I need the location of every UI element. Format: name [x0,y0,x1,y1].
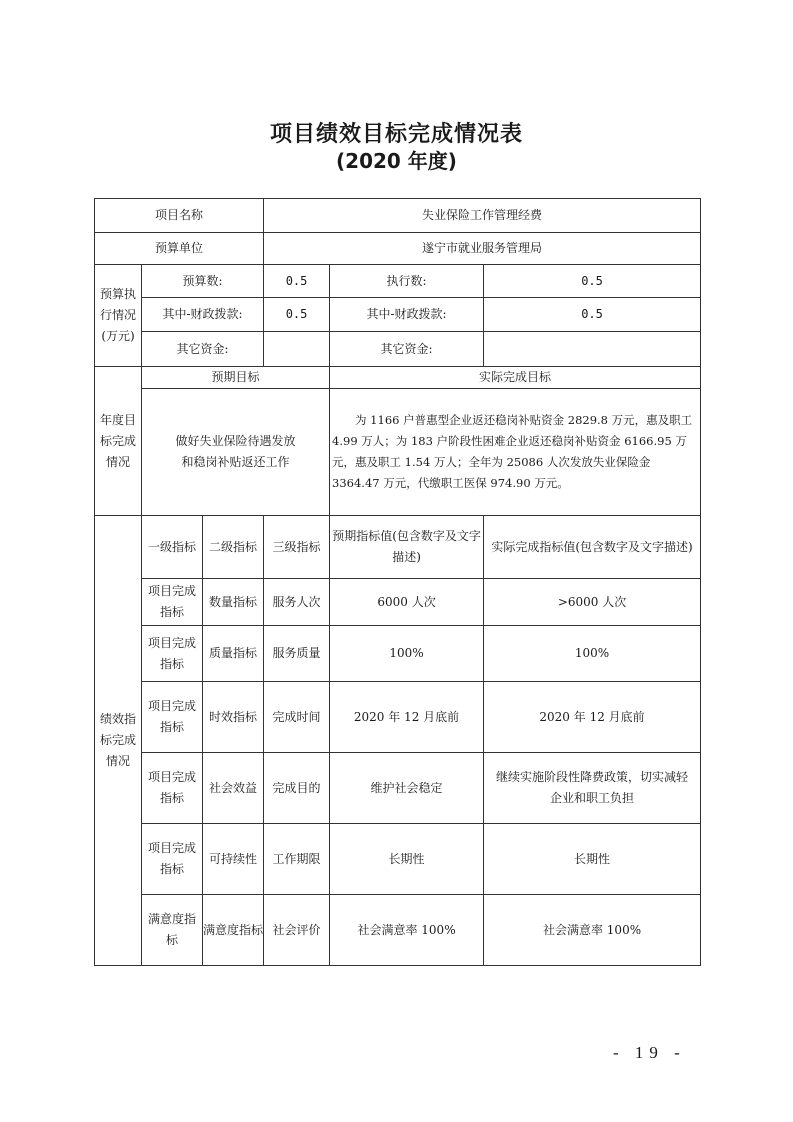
indicator-expected: 长期性 [330,824,484,895]
indicator-level2: 社会效益 [203,753,264,824]
page-title: 项目绩效目标完成情况表 [0,117,793,148]
project-name-row: 项目名称 失业保险工作管理经费 [95,199,701,233]
expected-goal-text: 做好失业保险待遇发放和稳岗补贴返还工作 [142,389,330,516]
header-level2: 二级指标 [203,516,264,579]
indicator-row: 项目完成指标 数量指标 服务人次 6000 人次 >6000 人次 [95,579,701,626]
budget-row: 其它资金: 其它资金: [95,332,701,367]
annual-goal-header-row: 年度目标完成情况 预期目标 实际完成目标 [95,367,701,389]
indicator-level3: 服务质量 [264,626,330,682]
budget-unit-value: 遂宁市就业服务管理局 [264,233,701,265]
indicator-row: 满意度指标 满意度指标 社会评价 社会满意率 100% 社会满意率 100% [95,895,701,966]
indicator-actual: 社会满意率 100% [484,895,701,966]
budget-row: 预算执行情况(万元) 预算数: 0.5 执行数: 0.5 [95,265,701,298]
project-name-label: 项目名称 [95,199,264,233]
indicator-level2: 质量指标 [203,626,264,682]
indicator-level1: 项目完成指标 [142,626,203,682]
indicator-row: 项目完成指标 质量指标 服务质量 100% 100% [95,626,701,682]
budget-value-a: 0.5 [264,265,330,298]
budget-value-b: 0.5 [484,298,701,332]
performance-section-label: 绩效指标完成情况 [95,516,142,966]
indicator-expected: 2020 年 12 月底前 [330,682,484,753]
actual-goal-text: 为 1166 户普惠型企业返还稳岗补贴资金 2829.8 万元，惠及职工 4.9… [330,389,701,516]
header-actual: 实际完成指标值(包含数字及文字描述) [484,516,701,579]
expected-goal-header: 预期目标 [142,367,330,389]
indicator-expected: 维护社会稳定 [330,753,484,824]
indicator-level3: 社会评价 [264,895,330,966]
budget-value-b: 0.5 [484,265,701,298]
indicator-level1: 项目完成指标 [142,682,203,753]
budget-row: 其中-财政拨款: 0.5 其中-财政拨款: 0.5 [95,298,701,332]
header-level1: 一级指标 [142,516,203,579]
budget-value-a: 0.5 [264,298,330,332]
budget-label-a: 其中-财政拨款: [142,298,264,332]
indicator-level1: 项目完成指标 [142,824,203,895]
actual-goal-header: 实际完成目标 [330,367,701,389]
performance-table: 项目名称 失业保险工作管理经费 预算单位 遂宁市就业服务管理局 预算执行情况(万… [94,198,701,966]
indicator-expected: 社会满意率 100% [330,895,484,966]
indicator-actual: >6000 人次 [484,579,701,626]
header-expected: 预期指标值(包含数字及文字描述) [330,516,484,579]
indicator-row: 项目完成指标 时效指标 完成时间 2020 年 12 月底前 2020 年 12… [95,682,701,753]
indicator-level3: 完成时间 [264,682,330,753]
indicator-actual: 继续实施阶段性降费政策，切实减轻企业和职工负担 [484,753,701,824]
annual-goal-section-label: 年度目标完成情况 [95,367,142,516]
header-level3: 三级指标 [264,516,330,579]
indicator-level1: 满意度指标 [142,895,203,966]
indicator-level3: 工作期限 [264,824,330,895]
budget-value-a [264,332,330,367]
budget-label-b: 其中-财政拨款: [330,298,484,332]
indicator-actual: 100% [484,626,701,682]
indicator-level3: 服务人次 [264,579,330,626]
indicator-actual: 长期性 [484,824,701,895]
budget-label-a: 其它资金: [142,332,264,367]
indicator-row: 项目完成指标 社会效益 完成目的 维护社会稳定 继续实施阶段性降费政策，切实减轻… [95,753,701,824]
budget-label-a: 预算数: [142,265,264,298]
project-name-value: 失业保险工作管理经费 [264,199,701,233]
annual-goal-row: 做好失业保险待遇发放和稳岗补贴返还工作 为 1166 户普惠型企业返还稳岗补贴资… [95,389,701,516]
budget-label-b: 其它资金: [330,332,484,367]
indicator-level2: 可持续性 [203,824,264,895]
indicator-level1: 项目完成指标 [142,753,203,824]
indicator-level2: 满意度指标 [203,895,264,966]
budget-label-b: 执行数: [330,265,484,298]
indicator-row: 项目完成指标 可持续性 工作期限 长期性 长期性 [95,824,701,895]
indicator-expected: 100% [330,626,484,682]
budget-unit-row: 预算单位 遂宁市就业服务管理局 [95,233,701,265]
page-number: - 19 - [613,1043,686,1063]
budget-value-b [484,332,701,367]
indicator-actual: 2020 年 12 月底前 [484,682,701,753]
indicator-level2: 时效指标 [203,682,264,753]
indicator-expected: 6000 人次 [330,579,484,626]
budget-section-label: 预算执行情况(万元) [95,265,142,367]
indicator-level3: 完成目的 [264,753,330,824]
page-subtitle: (2020 年度) [0,145,793,174]
indicator-level2: 数量指标 [203,579,264,626]
indicator-header-row: 绩效指标完成情况 一级指标 二级指标 三级指标 预期指标值(包含数字及文字描述)… [95,516,701,579]
indicator-level1: 项目完成指标 [142,579,203,626]
budget-unit-label: 预算单位 [95,233,264,265]
